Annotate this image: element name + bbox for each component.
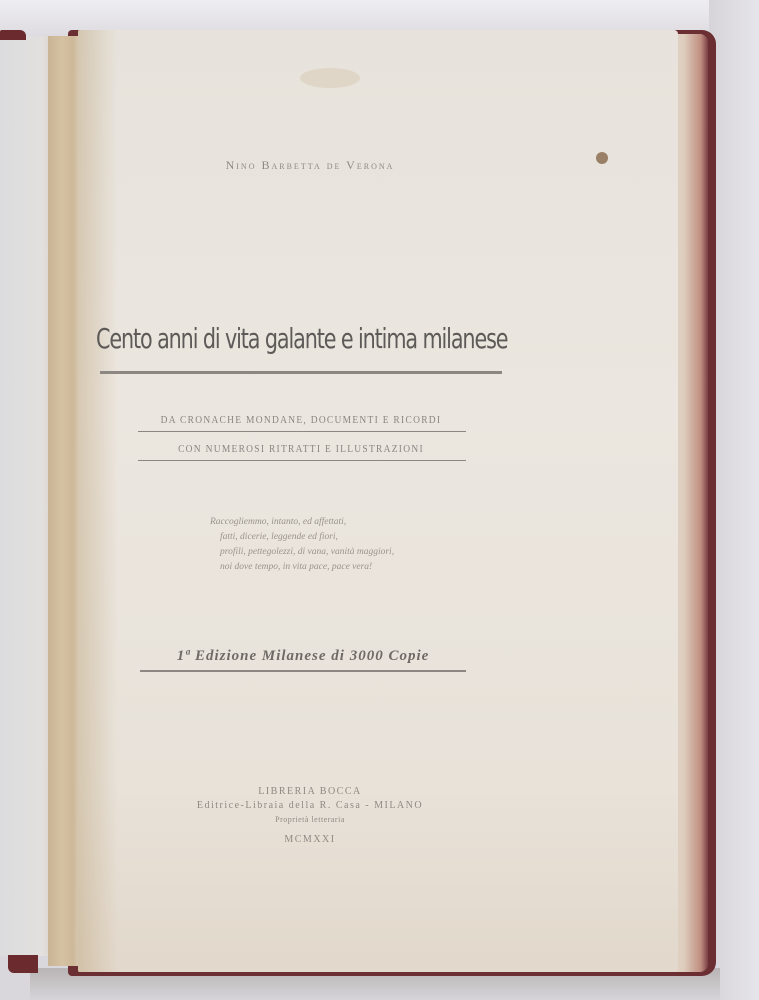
publisher-name: LIBRERIA BOCCA <box>180 785 440 799</box>
foxing-spot <box>300 68 360 88</box>
rights-notice: Proprietà letteraria <box>180 813 440 827</box>
subtitle-underline-1 <box>138 431 466 432</box>
imprint: LIBRERIA BOCCA Editrice-Libraia della R.… <box>180 785 440 847</box>
epigraph-line: noi dove tempo, in vita pace, pace vera! <box>210 560 480 575</box>
subtitle-line-2: CON NUMEROSI RITRATTI E ILLUSTRAZIONI <box>159 443 443 455</box>
subtitle-line-1: DA CRONACHE MONDANE, DOCUMENTI E RICORDI <box>159 414 443 426</box>
gutter-shadow <box>78 30 118 972</box>
front-cover-corner-top <box>0 30 26 40</box>
background-right <box>709 0 759 1000</box>
book-title: Cento anni di vita galante e intima mila… <box>96 322 510 355</box>
publisher-address: Editrice-Libraia della R. Casa - MILANO <box>180 799 440 813</box>
epigraph-line: profili, pettegolezzi, di vana, vanità m… <box>210 545 480 560</box>
front-cover-corner-bottom <box>8 955 38 973</box>
foxing-spot <box>596 152 608 164</box>
author-name: Nino Barbetta de Verona <box>180 158 440 173</box>
epigraph: Raccogliemmo, intanto, ed affettati, fat… <box>210 515 480 575</box>
publication-year: MCMXXI <box>180 833 440 847</box>
edition-underline <box>140 670 466 672</box>
title-underline <box>100 371 502 374</box>
epigraph-line: fatti, dicerie, leggende ed fiori, <box>210 530 480 545</box>
edition-statement: 1ª Edizione Milanese di 3000 Copie <box>138 648 468 665</box>
subtitle-underline-2 <box>138 460 466 461</box>
epigraph-line: Raccogliemmo, intanto, ed affettati, <box>210 515 480 530</box>
